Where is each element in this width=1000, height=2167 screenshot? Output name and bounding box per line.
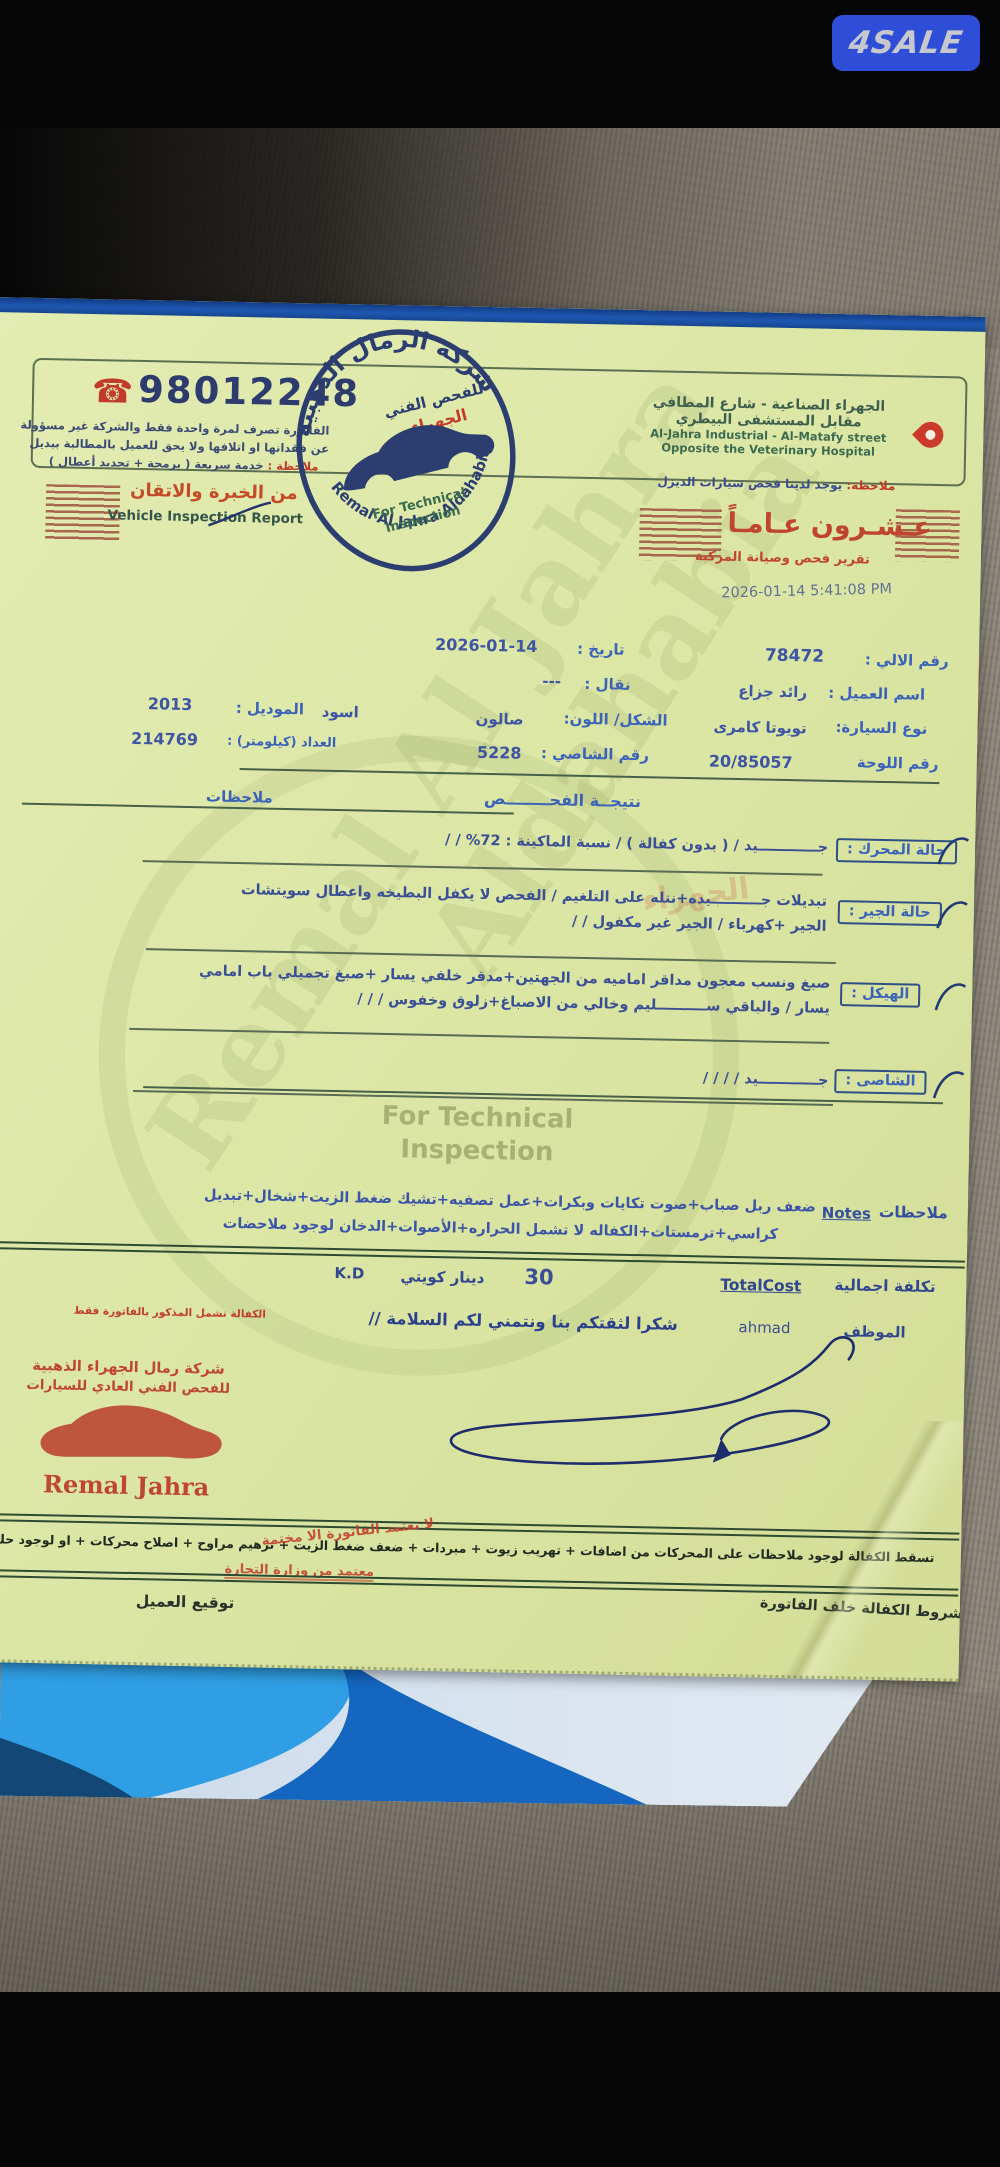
chassis-status-text: جــــــــــــيد / / / / — [448, 1061, 828, 1094]
mobile-label: نقال : — [584, 675, 631, 694]
mobile-value: --- — [542, 672, 561, 690]
date-label: تاريخ : — [577, 640, 625, 659]
invoice-no-label: رقم الالي : — [865, 651, 949, 671]
pen-checkmark — [933, 894, 970, 935]
underline — [143, 860, 823, 875]
odometer-label: العداد (كيلومتر) : — [227, 734, 336, 751]
notes-line1: ضعف ربل صباب+صوت تكايات وبكرات+عمل تصفيه… — [184, 1187, 816, 1216]
4sale-logo-text: 4SALE — [847, 25, 966, 61]
warranty-small-note: الكفالة تشمل المذكور بالفاتورة فقط — [74, 1305, 266, 1321]
pen-scribble — [204, 497, 275, 532]
invoice-disclaimer: الفاتورة تصرف لمرة واحدة فقط والشركة غير… — [39, 416, 330, 476]
pen-checkmark — [932, 976, 969, 1017]
bottom-bar-black — [0, 1992, 1000, 2167]
stamp-car-icon — [27, 1397, 228, 1467]
engine-status-text: جــــــــــــيد / ( بدون كفالة ) / نسبة … — [323, 826, 828, 862]
inspection-invoice-paper: Remal Al Jahra Aldahabia الجهراء For Tec… — [0, 297, 986, 1682]
underline — [129, 1028, 829, 1044]
chassis-label: رقم الشاصي : — [541, 744, 649, 764]
divider-line — [240, 768, 940, 784]
pen-checkmark — [930, 1064, 967, 1105]
paper-fold-shading — [768, 1418, 963, 1682]
date-value: 2026-01-14 — [435, 635, 538, 656]
customer-value: رائد جزاع — [738, 682, 807, 701]
body-status-box: الهيكل : — [840, 982, 921, 1008]
red-company-stamp: شركة رمال الجهراء الذهبية للفحص الفني ال… — [16, 1358, 239, 1502]
chassis-status-box: الشاصى : — [834, 1069, 927, 1095]
total-label-ar: تكلفة اجمالية — [834, 1276, 936, 1296]
notes-column-title: ملاحظات — [206, 787, 273, 806]
plate-value: 20/85057 — [709, 751, 793, 772]
company-round-stamp: شركة الرمال الذهبية Remal Al Jahra Aldah… — [286, 319, 525, 582]
currency-english: K.D — [334, 1264, 364, 1283]
4sale-watermark-badge: 4SALE — [832, 15, 980, 71]
notes-line2: كراسي+ترمستات+الكفاله لا تشمل الحراره+ال… — [180, 1215, 820, 1244]
center-watermark: For Technical Inspection — [307, 1098, 648, 1170]
banner-subtitle: تقرير فحص وصيانة المركبة — [695, 549, 870, 568]
notes-label-en: Notes — [822, 1204, 871, 1223]
gear-status-box: حالة الجير : — [838, 900, 942, 926]
results-title: نتيجــة الفحــــــــص — [484, 789, 641, 811]
model-value: 2013 — [148, 694, 193, 714]
screenshot-root: Remal Al Jahra Aldahabia الجهراء For Tec… — [0, 0, 1000, 2167]
twenty-years-banner: عـشـرون عـامـاً — [727, 508, 932, 543]
signature-arrowhead — [713, 1439, 731, 1463]
print-timestamp: 2026-01-14 5:41:08 PM — [721, 581, 892, 601]
model-label: الموديل : — [236, 699, 305, 718]
currency-arabic: دينار كويتي — [400, 1267, 484, 1287]
car-type-value: تويوتا كامرى — [713, 718, 807, 738]
notes-label-ar: ملاحظات — [879, 1203, 948, 1222]
plate-label: رقم اللوحة — [857, 753, 939, 773]
odometer-value: 214769 — [131, 729, 198, 749]
chassis-value: 5228 — [477, 743, 522, 763]
shape-value: صالون — [475, 710, 523, 729]
address-block: الجهراء الصناعية - شارع المطافي مقابل ال… — [627, 394, 910, 460]
invoice-no-value: 78472 — [765, 646, 825, 667]
color-value: اسود — [322, 703, 359, 722]
body-status-text: صبغ ونسب معجون مداقر اماميه من الجهتين+م… — [155, 958, 831, 1022]
telephone-icon: ☎ — [92, 371, 134, 411]
total-label-en: TotalCost — [720, 1276, 801, 1296]
customer-signature-label: توقيع العميل — [136, 1592, 235, 1612]
total-amount: 30 — [524, 1265, 554, 1290]
pen-checkmark — [935, 830, 972, 871]
shape-color-label: الشكل/ اللون: — [563, 710, 667, 730]
customer-label: اسم العميل : — [828, 684, 925, 704]
car-type-label: نوع السيارة: — [835, 718, 927, 738]
